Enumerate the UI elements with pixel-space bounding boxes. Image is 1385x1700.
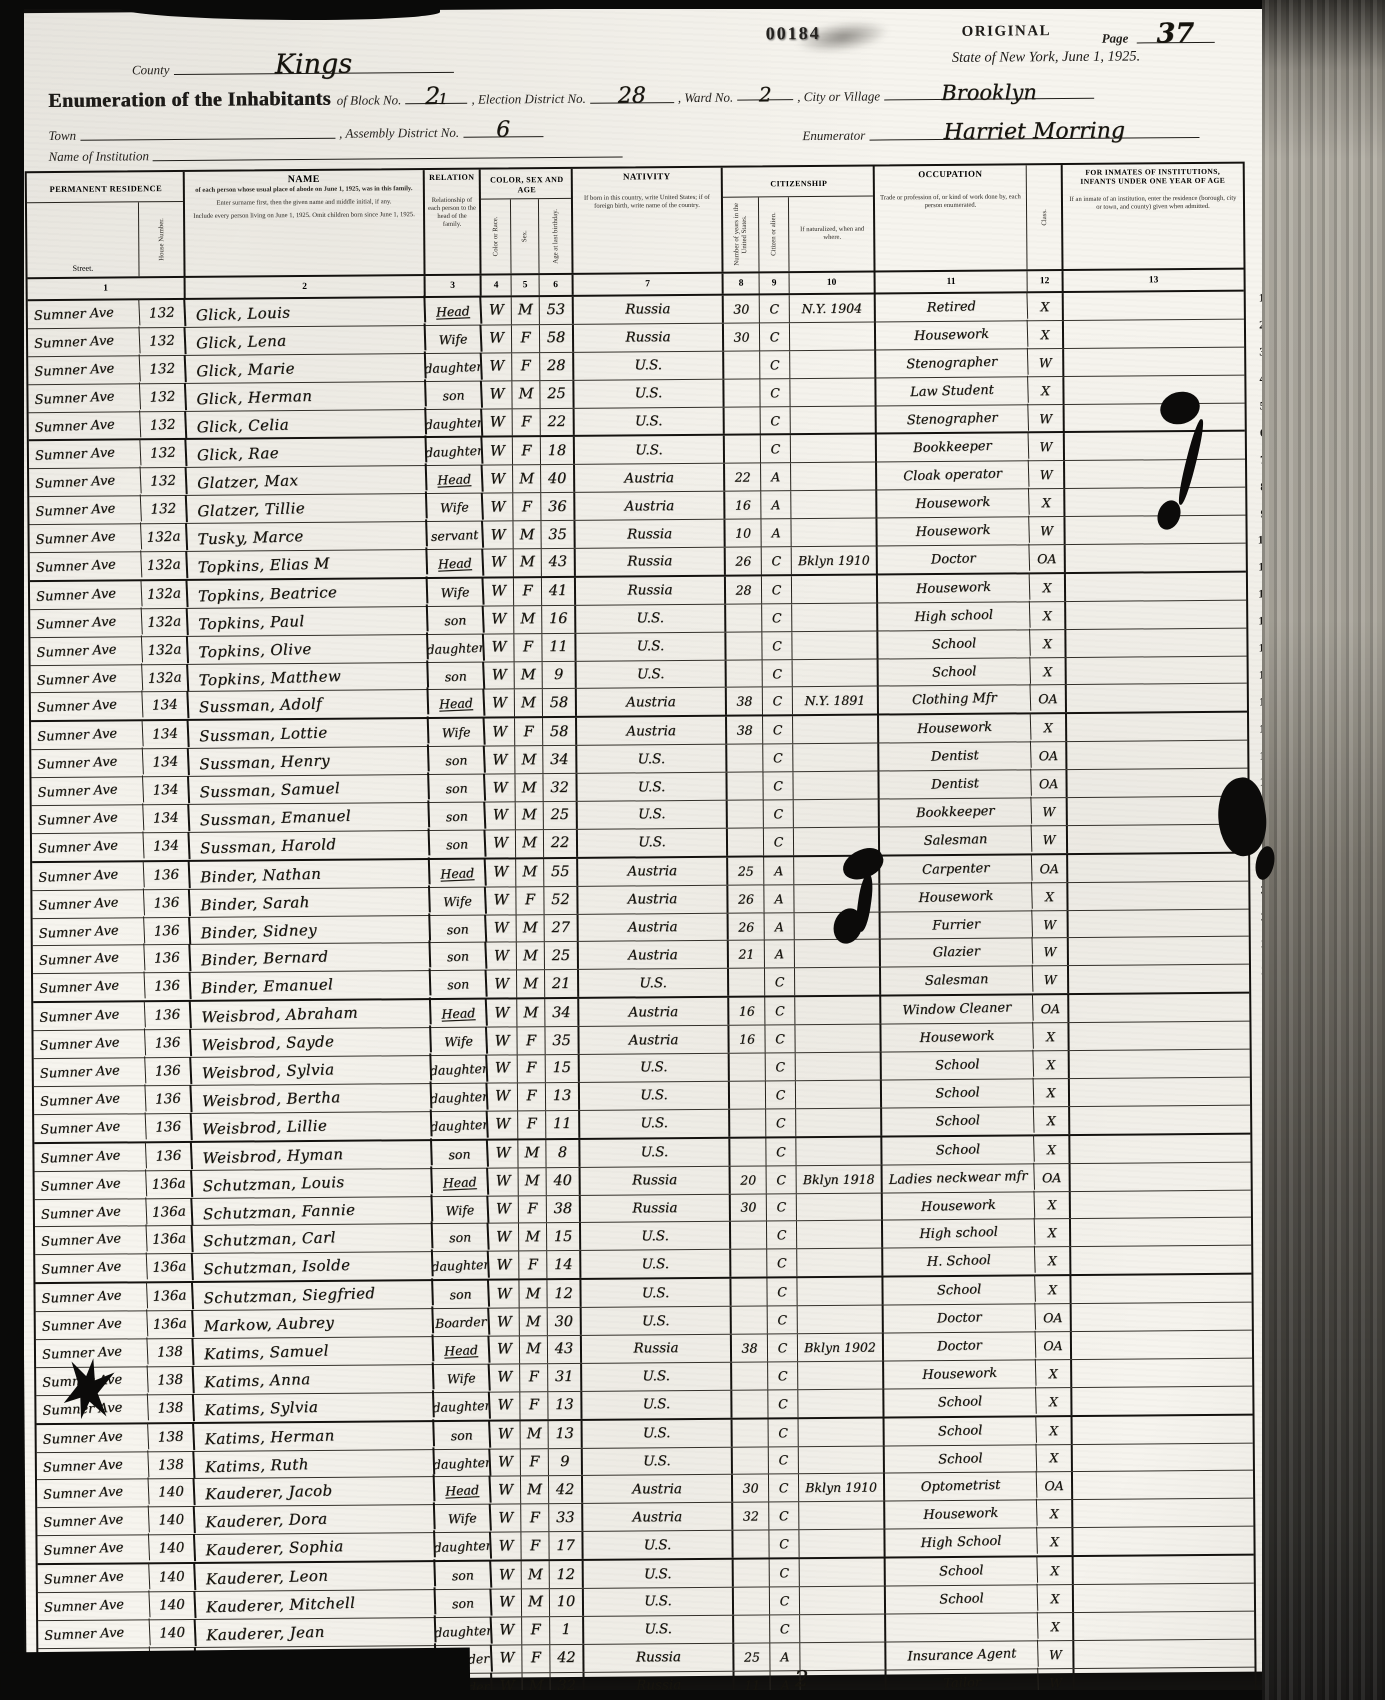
cell-inmates (1064, 320, 1244, 348)
cell-years-in-us (724, 351, 760, 378)
cell-color: W (486, 887, 516, 914)
cell-color: W (484, 549, 514, 576)
cell-occupation (886, 1612, 1039, 1643)
cell-street: Sumner Ave (30, 635, 143, 667)
cell-naturalized (796, 1053, 882, 1081)
cell-class: X (1028, 321, 1064, 348)
cell-class: X (1031, 714, 1067, 741)
cell-class: X (1038, 1585, 1074, 1612)
cell-occupation: School (878, 656, 1031, 687)
cell-relation: son (433, 1223, 490, 1252)
cell-naturalized (792, 631, 878, 659)
cell-citizen-or-alien: C (760, 295, 790, 322)
block-label: of Block No. (337, 92, 402, 109)
cell-citizen-or-alien: C (766, 1081, 796, 1108)
cell-nativity: Russia (581, 1166, 731, 1194)
cell-years-in-us: 38 (727, 688, 763, 715)
cell-house-number: 140 (149, 1534, 196, 1563)
cell-age: 42 (549, 1476, 583, 1503)
cell-age: 14 (547, 1251, 581, 1278)
cell-street: Sumner Ave (37, 1590, 150, 1622)
cell-inmates (1065, 403, 1245, 431)
header-inmates: FOR INMATES OF INSTITUTIONS, INFANTS UND… (1063, 164, 1244, 269)
cell-nativity: Austria (579, 998, 729, 1026)
cell-occupation: Doctor (884, 1331, 1037, 1362)
cell-street: Sumner Ave (34, 1169, 147, 1201)
cell-street: Sumner Ave (31, 831, 144, 863)
cell-occupation: Housework (880, 881, 1033, 912)
cell-nativity: U.S. (582, 1363, 732, 1391)
cell-occupation: School (882, 1134, 1035, 1165)
cell-occupation: School (885, 1556, 1038, 1587)
cell-inmates (1071, 1190, 1251, 1218)
column-number: 6 (540, 275, 574, 295)
cell-class: X (1038, 1557, 1074, 1584)
cell-age: 22 (541, 408, 575, 435)
cell-color: W (488, 1111, 518, 1138)
cell-years-in-us: 20 (731, 1166, 767, 1193)
cell-color: W (492, 1589, 522, 1616)
column-number: 2 (186, 276, 426, 298)
cell-color: W (485, 662, 515, 689)
cell-class: W (1029, 434, 1065, 461)
cell-house-number: 132a (141, 551, 188, 580)
cell-years-in-us (734, 1615, 770, 1642)
cell-occupation: Glazier (881, 937, 1034, 968)
cell-class: OA (1032, 855, 1068, 882)
cell-citizen-or-alien: C (769, 1502, 799, 1529)
cell-occupation: School (884, 1443, 1037, 1474)
column-number: 3 (426, 276, 482, 296)
cell-nativity: Austria (578, 885, 728, 913)
cell-class: X (1028, 377, 1064, 404)
cell-age: 35 (545, 1027, 579, 1054)
cell-citizen-or-alien: C (764, 800, 794, 827)
cell-color: W (482, 297, 512, 324)
cell-color: W (489, 1224, 519, 1251)
cell-inmates (1065, 432, 1245, 460)
cell-class: W (1029, 405, 1065, 432)
cell-house-number: 132 (141, 495, 188, 524)
cell-relation: daughter (431, 1055, 488, 1084)
cell-inmates (1072, 1358, 1252, 1386)
cell-occupation: High school (878, 601, 1031, 632)
cell-inmates (1068, 881, 1248, 909)
cell-house-number: 138 (148, 1366, 195, 1395)
cell-naturalized (799, 1446, 885, 1474)
cell-years-in-us: 28 (726, 576, 762, 603)
cell-citizen-or-alien: C (768, 1306, 798, 1333)
cell-class: W (1032, 826, 1068, 853)
cell-class: X (1030, 630, 1066, 657)
cell-inmates (1065, 516, 1245, 544)
cell-relation: Head (425, 297, 482, 326)
cell-sex: M (514, 606, 542, 633)
cell-house-number: 136 (145, 1029, 192, 1058)
cell-class: X (1037, 1445, 1073, 1472)
cell-street: Sumner Ave (33, 1084, 146, 1116)
cell-class: OA (1036, 1304, 1072, 1331)
cell-inmates (1069, 965, 1249, 993)
cell-age: 34 (543, 746, 577, 773)
cell-inmates (1066, 628, 1246, 656)
cell-citizen-or-alien: C (766, 1053, 796, 1080)
cell-naturalized (796, 1080, 882, 1108)
cell-sex: F (517, 1027, 545, 1054)
cell-age: 52 (544, 887, 578, 914)
cell-house-number: 132a (142, 608, 189, 637)
color-sex-age-group-title: COLOR, SEX AND AGE (481, 169, 573, 200)
cell-inmates (1074, 1556, 1254, 1584)
cell-relation: daughter (434, 1391, 491, 1420)
cell-years-in-us: 26 (726, 547, 762, 574)
cell-house-number: 138 (148, 1451, 195, 1480)
header-name: NAME of each person whose usual place of… (185, 170, 426, 276)
cell-house-number: 132a (141, 580, 188, 609)
cell-house-number: 134 (143, 776, 190, 805)
cell-occupation: Housework (881, 1022, 1034, 1053)
cell-years-in-us (732, 1306, 768, 1333)
cell-color: W (486, 802, 516, 829)
column-number: 7 (574, 274, 724, 295)
cell-color: W (490, 1392, 520, 1419)
cell-occupation: H. School (883, 1246, 1036, 1277)
cell-nativity: Russia (581, 1194, 731, 1222)
column-number: 13 (1064, 270, 1244, 291)
cell-naturalized (795, 1025, 881, 1053)
cell-years-in-us (734, 1587, 770, 1614)
cell-occupation: Retired (875, 292, 1028, 323)
cell-sex: M (519, 1168, 547, 1195)
header-color-sex-age: COLOR, SEX AND AGE Color or Race. Sex. A… (481, 169, 574, 274)
cell-citizen-or-alien: C (768, 1390, 798, 1417)
cell-sex: F (521, 1504, 549, 1531)
cell-occupation: Insurance Agent (886, 1639, 1039, 1670)
relation-note: Relationship of each person to the head … (425, 196, 479, 230)
cell-color: W (491, 1421, 521, 1448)
name-note-3: Include every person living on June 1, 1… (185, 210, 423, 222)
color-column-label: Color or Race. (492, 217, 500, 257)
cell-inmates (1067, 741, 1247, 769)
cell-color: W (488, 1083, 518, 1110)
street-column-label: Street. (27, 202, 140, 277)
cell-naturalized (793, 772, 879, 800)
cell-age: 35 (541, 521, 575, 548)
cell-naturalized (799, 1418, 885, 1446)
inmates-group-title: FOR INMATES OF INSTITUTIONS, INFANTS UND… (1063, 164, 1243, 187)
cell-class: X (1033, 1023, 1069, 1050)
cell-inmates (1073, 1499, 1253, 1527)
cell-years-in-us: 21 (729, 941, 765, 968)
cell-color: W (490, 1364, 520, 1391)
cell-street: Sumner Ave (33, 1029, 146, 1061)
cell-relation: Head (430, 858, 487, 887)
cell-naturalized (800, 1559, 886, 1587)
cell-nativity: Austria (577, 717, 727, 745)
cell-years-in-us: 10 (725, 520, 761, 547)
cell-age: 1 (550, 1617, 584, 1644)
cell-color: W (487, 915, 517, 942)
cell-naturalized (797, 1221, 883, 1249)
cell-class: W (1032, 798, 1068, 825)
cell-color: W (488, 1140, 518, 1167)
cell-age: 9 (543, 661, 577, 688)
cell-sex: M (517, 971, 545, 998)
cell-age: 13 (546, 1083, 580, 1110)
cell-street: Sumner Ave (36, 1422, 149, 1454)
cell-citizen-or-alien: A (761, 519, 791, 546)
cell-nativity: Austria (575, 464, 725, 492)
cell-relation: Wife (427, 578, 484, 607)
cell-sex: M (516, 830, 544, 857)
cell-street: Sumner Ave (35, 1282, 148, 1314)
cell-citizen-or-alien: C (768, 1362, 798, 1389)
cell-occupation: Furrier (880, 909, 1033, 940)
cell-naturalized (799, 1530, 885, 1558)
cell-occupation: Salesman (880, 825, 1033, 856)
cell-color: W (489, 1168, 519, 1195)
cell-class: X (1035, 1219, 1071, 1246)
age-column-label: Age at last birthday. (552, 209, 560, 264)
cell-house-number: 136 (144, 917, 191, 946)
cell-house-number: 136a (147, 1310, 194, 1339)
cell-age: 28 (540, 353, 574, 380)
cell-color: W (486, 859, 516, 886)
cell-nativity: U.S. (578, 801, 728, 829)
town-field: Town , Assembly District No. 6 (48, 119, 547, 144)
cell-house-number: 136a (146, 1170, 193, 1199)
cell-street: Sumner Ave (29, 467, 142, 499)
cell-house-number: 134 (142, 692, 189, 721)
cell-citizen-or-alien: A (764, 885, 794, 912)
cell-class: OA (1031, 686, 1067, 713)
cell-house-number: 136 (146, 1113, 193, 1142)
county-label: County (132, 62, 170, 78)
scan-edge-bottom (0, 1690, 1385, 1700)
cell-color: W (484, 634, 514, 661)
cell-class: X (1036, 1360, 1072, 1387)
cell-age: 10 (550, 1589, 584, 1616)
cell-nativity: Russia (576, 548, 726, 576)
cell-citizen-or-alien: C (762, 604, 792, 631)
table-header: PERMANENT RESIDENCE Street. House Number… (27, 164, 1244, 280)
cell-relation: Wife (434, 1363, 491, 1392)
cell-occupation: Bookkeeper (877, 432, 1030, 463)
cell-citizen-or-alien: A (770, 1643, 800, 1670)
cell-age: 13 (549, 1420, 583, 1447)
cell-occupation: High School (885, 1527, 1038, 1558)
cell-naturalized (798, 1361, 884, 1389)
cell-citizen-or-alien: C (764, 828, 794, 855)
cell-color: W (483, 522, 513, 549)
assembly-value: 6 (496, 119, 510, 141)
cell-inmates (1066, 573, 1246, 601)
cell-citizen-or-alien: C (765, 997, 795, 1024)
cell-street: Sumner Ave (36, 1450, 149, 1482)
cell-class: X (1038, 1613, 1074, 1640)
cell-relation: Head (428, 689, 485, 718)
cell-class: X (1037, 1528, 1073, 1555)
cell-house-number: 140 (149, 1506, 196, 1535)
cell-color: W (487, 1028, 517, 1055)
cell-nativity: U.S. (582, 1307, 732, 1335)
citizen-alien-column-label: Citizen or alien. (770, 212, 778, 256)
cell-nativity: Russia (574, 324, 724, 352)
cell-sex: M (522, 1561, 550, 1588)
cell-years-in-us: 16 (729, 998, 765, 1025)
cell-inmates (1067, 713, 1247, 741)
cell-nativity: Russia (575, 520, 725, 548)
cell-class: W (1033, 966, 1069, 993)
cell-occupation: School (881, 1050, 1034, 1081)
cell-naturalized (800, 1642, 886, 1670)
cell-relation: daughter (434, 1448, 491, 1477)
cell-inmates (1070, 1050, 1250, 1078)
citizenship-group-title: CITIZENSHIP (723, 167, 875, 198)
cell-sex: M (514, 549, 542, 576)
cell-relation: daughter (436, 1616, 493, 1645)
cell-relation: Head (432, 1167, 489, 1196)
column-number: 11 (876, 271, 1028, 292)
cell-occupation: Housework (884, 1359, 1037, 1390)
cell-sex: M (515, 690, 543, 717)
city-value: Brooklyn (941, 82, 1037, 104)
cell-inmates (1069, 937, 1249, 965)
state-date-line: State of New York, June 1, 1925. (952, 48, 1140, 66)
cell-color: W (492, 1561, 522, 1588)
cell-house-number: 136 (145, 1085, 192, 1114)
cell-naturalized (792, 603, 878, 631)
cell-sex: F (514, 634, 542, 661)
cell-occupation: Housework (876, 320, 1029, 351)
residence-group-title: PERMANENT RESIDENCE (27, 172, 185, 203)
cell-years-in-us: 16 (729, 1026, 765, 1053)
cell-relation: son (433, 1280, 490, 1309)
cell-street: Sumner Ave (29, 550, 142, 582)
cell-years-in-us (730, 1138, 766, 1165)
cell-age: 16 (542, 606, 576, 633)
cell-street: Sumner Ave (30, 607, 143, 639)
cell-years-in-us (729, 969, 765, 996)
scan-edge-left (0, 0, 24, 1700)
county-value: Kings (275, 51, 353, 79)
cell-class: W (1033, 911, 1069, 938)
cell-color: W (489, 1196, 519, 1223)
cell-house-number: 136 (144, 945, 191, 974)
block-note: 1 (438, 92, 448, 107)
cell-age: 12 (550, 1561, 584, 1588)
cell-citizen-or-alien: C (769, 1447, 799, 1474)
column-number: 9 (760, 273, 790, 293)
cell-sex: F (519, 1251, 547, 1278)
cell-relation: son (435, 1589, 492, 1618)
cell-relation: Head (435, 1476, 492, 1505)
cell-street: Sumner Ave (31, 803, 144, 835)
cell-naturalized (790, 350, 876, 378)
institution-label: Name of Institution (49, 148, 150, 165)
cell-class: X (1034, 1079, 1070, 1106)
cell-years-in-us: 30 (731, 1194, 767, 1221)
cell-years-in-us (726, 632, 762, 659)
cell-age: 25 (544, 802, 578, 829)
cell-naturalized: Bklyn 1902 (798, 1333, 884, 1361)
cell-relation: son (426, 380, 483, 409)
cell-occupation: School (882, 1106, 1035, 1137)
county-field: County Kings (132, 50, 458, 79)
cell-citizen-or-alien: C (763, 688, 793, 715)
cell-house-number: 134 (143, 748, 190, 777)
cell-street: Sumner Ave (31, 748, 144, 780)
cell-nativity: U.S. (577, 660, 727, 688)
cell-street: Sumner Ave (33, 1056, 146, 1088)
cell-street: Sumner Ave (37, 1534, 150, 1566)
cell-relation: son (430, 914, 487, 943)
header-citizenship: CITIZENSHIP Number of years in the Unite… (723, 167, 876, 272)
cell-citizen-or-alien: C (763, 744, 793, 771)
cell-class: X (1036, 1388, 1072, 1415)
cell-age: 25 (545, 942, 579, 969)
cell-class: OA (1031, 742, 1067, 769)
cell-color: W (490, 1336, 520, 1363)
cell-class: X (1034, 1136, 1070, 1163)
cell-age: 15 (547, 1223, 581, 1250)
cell-class: X (1031, 658, 1067, 685)
cell-years-in-us (725, 407, 761, 434)
cell-street: Sumner Ave (30, 663, 143, 695)
cell-house-number: 138 (148, 1423, 195, 1452)
cell-street: Sumner Ave (28, 439, 141, 471)
cell-color: W (492, 1645, 522, 1672)
cell-nativity: U.S. (583, 1419, 733, 1447)
cell-naturalized (797, 1193, 883, 1221)
cell-relation: servant (427, 521, 484, 550)
cell-citizen-or-alien: C (765, 1025, 795, 1052)
cell-citizen-or-alien: C (761, 436, 791, 463)
cell-citizen-or-alien: C (760, 351, 790, 378)
cell-street: Sumner Ave (38, 1618, 151, 1650)
cell-house-number: 140 (149, 1563, 196, 1592)
cell-street: Sumner Ave (31, 720, 144, 752)
cell-citizen-or-alien: C (769, 1475, 799, 1502)
occupation-note: Trade or profession of, or kind of work … (875, 192, 1026, 211)
enumerator-value: Harriet Morring (944, 121, 1125, 144)
cell-citizen-or-alien: C (763, 772, 793, 799)
cell-color: W (485, 690, 515, 717)
cell-house-number: 136 (144, 861, 191, 890)
cell-street: Sumner Ave (37, 1562, 150, 1594)
cell-citizen-or-alien: C (770, 1559, 800, 1586)
cell-age: 43 (548, 1336, 582, 1363)
cell-street: Sumner Ave (28, 410, 141, 442)
cell-sex: M (521, 1477, 549, 1504)
cell-color: W (491, 1477, 521, 1504)
column-number: 12 (1028, 271, 1064, 291)
cell-years-in-us (730, 1081, 766, 1108)
cell-sex: F (513, 493, 541, 520)
cell-color: W (485, 775, 515, 802)
cell-years-in-us (733, 1447, 769, 1474)
cell-inmates (1066, 600, 1246, 628)
cell-age: 22 (544, 830, 578, 857)
cell-street: Sumner Ave (32, 888, 145, 920)
cell-relation: Head (433, 1336, 490, 1365)
cell-sex: F (521, 1449, 549, 1476)
cell-inmates (1069, 1022, 1249, 1050)
cell-citizen-or-alien: C (767, 1194, 797, 1221)
cell-citizen-or-alien: C (763, 717, 793, 744)
header-nativity: NATIVITY If born in this country, write … (573, 168, 724, 273)
cell-sex: M (512, 381, 540, 408)
